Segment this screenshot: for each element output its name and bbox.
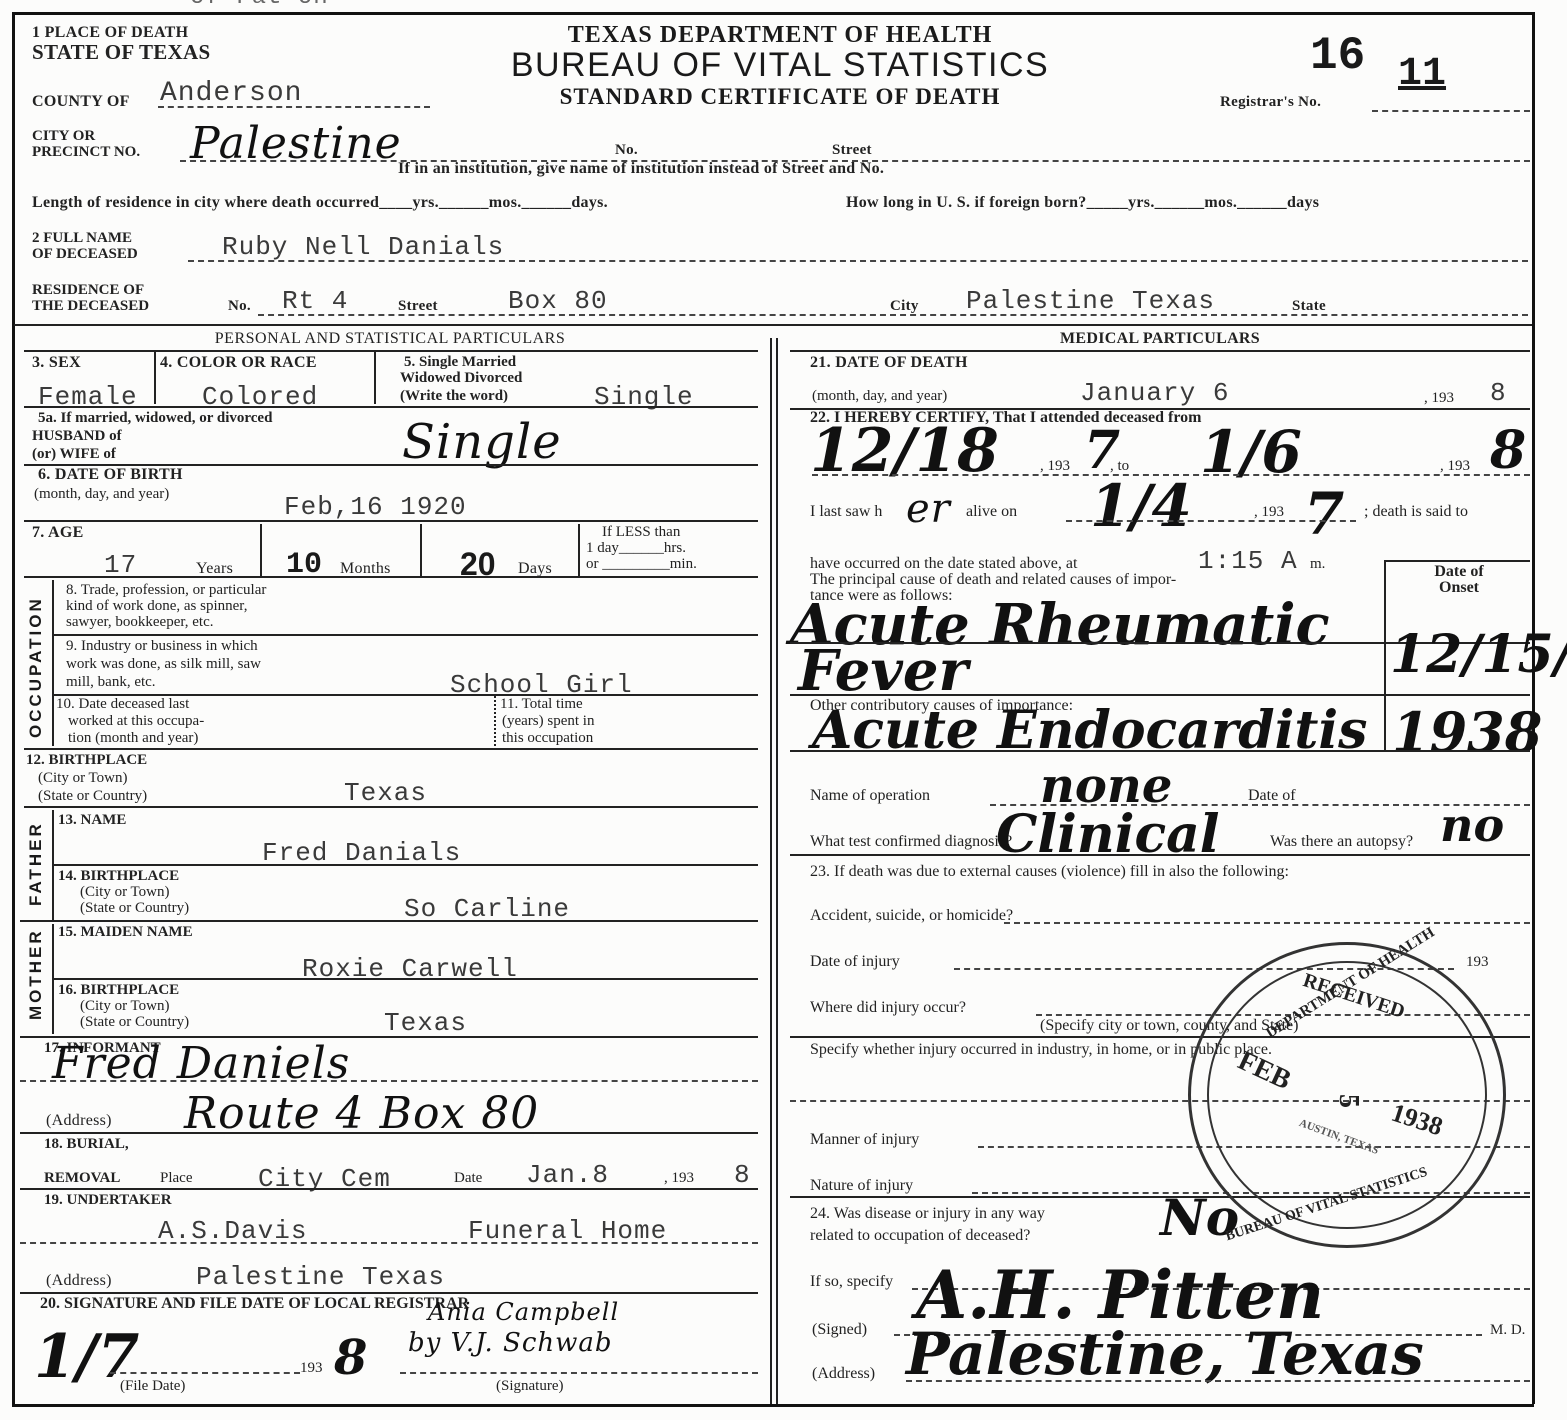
- border-top: [12, 12, 1534, 15]
- autopsy-label: Was there an autopsy?: [1270, 834, 1413, 850]
- nature-label: Nature of injury: [810, 1178, 913, 1194]
- row-line: [20, 920, 758, 922]
- industry-label-3: mill, bank, etc.: [66, 674, 156, 690]
- spouse-label-1: 5a. If married, widowed, or divorced: [38, 410, 272, 426]
- registrar-signature-2: by V.J. Schwab: [408, 1328, 613, 1358]
- dob-label-2: (month, day, and year): [34, 486, 169, 502]
- father-birthplace-label-3: (State or Country): [80, 900, 189, 916]
- registrar-number: 11: [1398, 52, 1446, 97]
- file-number-prefix: 16: [1310, 30, 1365, 82]
- birthplace-value: Texas: [344, 778, 427, 808]
- bureau-title: BUREAU OF VITAL STATISTICS: [430, 46, 1130, 85]
- cause-onset: 12/15/37: [1390, 624, 1567, 685]
- burial-year-prefix: , 193: [664, 1170, 694, 1186]
- county-line: [158, 106, 430, 108]
- row-line: [54, 864, 758, 866]
- md-label: M. D.: [1490, 1322, 1525, 1338]
- street-label: Street: [832, 142, 872, 159]
- father-name-label: 13. NAME: [58, 812, 126, 828]
- row-line: [24, 748, 758, 750]
- if-so-label: If so, specify: [810, 1274, 893, 1290]
- time-suffix: m.: [1310, 556, 1325, 572]
- foreign-born-label: How long in U. S. if foreign born?_____y…: [846, 194, 1319, 212]
- row-line: [790, 854, 1530, 856]
- father-birthplace-label-1: 14. BIRTHPLACE: [58, 868, 179, 884]
- burial-date-value: Jan.8: [526, 1160, 609, 1190]
- stamp-day: 5: [1332, 1094, 1364, 1108]
- file-date-line: [110, 1372, 300, 1374]
- occupation-related-label-1: 24. Was disease or injury in any way: [810, 1206, 1045, 1222]
- undertaker-label: 19. UNDERTAKER: [44, 1192, 172, 1208]
- border-left: [12, 12, 15, 1404]
- signature-label: (Signature): [496, 1378, 563, 1394]
- attended-to-year: 8: [1490, 420, 1526, 481]
- spouse-value: Single: [402, 414, 562, 470]
- residence-street-label: Street: [398, 298, 438, 315]
- dod-year-prefix: , 193: [1424, 390, 1454, 406]
- informant-line: [20, 1080, 758, 1082]
- mother-side-label: MOTHER: [26, 928, 46, 1020]
- residence-label-1: RESIDENCE OF: [32, 282, 144, 298]
- age-label: 7. AGE: [32, 524, 84, 542]
- dod-label-1: 21. DATE OF DEATH: [810, 354, 968, 372]
- medical-section-title: MEDICAL PARTICULARS: [790, 330, 1530, 348]
- death-certificate: of Fat on 1 PLACE OF DEATH STATE OF TEXA…: [0, 0, 1567, 1420]
- attended-from-year-prefix: , 193: [1040, 458, 1070, 474]
- no-label: No.: [615, 142, 638, 159]
- last-saw-year-prefix: , 193: [1254, 504, 1284, 520]
- residence-street-value: Box 80: [508, 286, 608, 316]
- cause-line-rule-3: [790, 750, 1530, 752]
- name-line: [188, 260, 1528, 262]
- signed-label: (Signed): [812, 1322, 867, 1338]
- registrar-no-label: Registrar's No.: [1220, 94, 1321, 111]
- row-line: [20, 1292, 758, 1294]
- medical-title-line: [790, 350, 1530, 352]
- burial-date-label: Date: [454, 1170, 482, 1186]
- marital-label-1: 5. Single Married: [404, 354, 516, 370]
- attended-to-year-prefix: , 193: [1440, 458, 1470, 474]
- dod-label-2: (month, day, and year): [812, 388, 947, 404]
- dob-value: Feb,16 1920: [284, 492, 467, 522]
- row-line: [20, 1188, 758, 1190]
- city-label-2: PRECINCT NO.: [32, 144, 140, 160]
- burial-label-2: REMOVAL: [44, 1170, 120, 1186]
- undertaker-line: [20, 1242, 758, 1244]
- external-label: 23. If death was due to external causes …: [810, 864, 1289, 880]
- father-side-label: FATHER: [26, 821, 46, 906]
- accident-label: Accident, suicide, or homicide?: [810, 908, 1013, 924]
- signer-address-label: (Address): [812, 1366, 875, 1382]
- informant-address-label: (Address): [46, 1112, 112, 1130]
- contributory-onset: 1938: [1392, 700, 1542, 764]
- less-than-label-2: 1 day______hrs.: [586, 540, 686, 556]
- residence-no-value: Rt 4: [282, 286, 348, 316]
- residence-state-label: State: [1292, 298, 1326, 315]
- mother-birthplace-label-3: (State or Country): [80, 1014, 189, 1030]
- less-than-label-3: or _________min.: [586, 556, 697, 572]
- test-label: What test confirmed diagnosis?: [810, 834, 1012, 850]
- birthplace-label-3: (State or Country): [38, 788, 147, 804]
- operation-label: Name of operation: [810, 788, 930, 804]
- injury-date-label: Date of injury: [810, 954, 900, 970]
- full-name-label-1: 2 FULL NAME: [32, 230, 132, 246]
- total-time-label-2: (years) spent in: [502, 713, 594, 729]
- residence-no-label: No.: [228, 298, 251, 315]
- personal-section-title: PERSONAL AND STATISTICAL PARTICULARS: [40, 330, 740, 348]
- undertaker-address-value: Palestine Texas: [196, 1262, 445, 1292]
- onset-label-1: Date of: [1394, 564, 1524, 580]
- mother-name-label: 15. MAIDEN NAME: [58, 924, 193, 940]
- last-saw-pronoun: er: [906, 486, 951, 532]
- race-label: 4. COLOR OR RACE: [160, 354, 317, 372]
- burial-label-1: 18. BURIAL,: [44, 1136, 129, 1152]
- county-label: COUNTY OF: [32, 93, 130, 111]
- deceased-name: Ruby Nell Danials: [222, 232, 504, 262]
- last-saw-year: 7: [1304, 480, 1344, 548]
- time-value: 1:15 A: [1198, 546, 1298, 576]
- signer-address-line: [906, 1380, 1530, 1382]
- dob-label-1: 6. DATE OF BIRTH: [38, 466, 183, 484]
- occupation-related-label-2: related to occupation of deceased?: [810, 1228, 1030, 1244]
- trade-label-2: kind of work done, as spinner,: [66, 598, 247, 614]
- row-line: [24, 576, 758, 578]
- registrar-year-suffix: 8: [334, 1330, 367, 1386]
- signer-address-value: Palestine, Texas: [906, 1320, 1424, 1388]
- residence-city-value: Palestine Texas: [966, 286, 1215, 316]
- injury-date-year: 193: [1466, 954, 1489, 970]
- race-divider: [374, 352, 376, 404]
- injury-where-label: Where did injury occur?: [810, 1000, 966, 1016]
- city-label-1: CITY OR: [32, 128, 95, 144]
- age-divider-3: [578, 524, 580, 576]
- industry-label-1: 9. Industry or business in which: [66, 638, 258, 654]
- sex-label: 3. SEX: [32, 354, 81, 372]
- occupation-time-divider: [494, 696, 496, 746]
- sex-divider: [154, 352, 156, 404]
- last-worked-label-3: tion (month and year): [68, 730, 198, 746]
- industry-label-2: work was done, as silk mill, saw: [66, 656, 261, 672]
- operation-date-label: Date of: [1248, 788, 1296, 804]
- personal-title-line: [24, 350, 758, 352]
- occupation-side-label: OCCUPATION: [26, 596, 46, 738]
- residence-line: [258, 314, 1528, 316]
- alive-on-label: alive on: [966, 504, 1017, 520]
- full-name-label-2: OF DECEASED: [32, 246, 138, 262]
- row-line: [24, 520, 758, 522]
- cause-line-rule-2: [790, 694, 1530, 696]
- border-bottom: [12, 1404, 1534, 1407]
- burial-year-suffix: 8: [734, 1160, 751, 1190]
- onset-top-line: [1384, 560, 1530, 562]
- total-time-label-3: this occupation: [502, 730, 593, 746]
- birthplace-label-2: (City or Town): [38, 770, 128, 786]
- file-date-label: (File Date): [120, 1378, 185, 1394]
- registrar-signature-1: Ania Campbell: [428, 1298, 619, 1326]
- age-divider-1: [260, 524, 262, 576]
- onset-label-2: Onset: [1394, 580, 1524, 596]
- department-title: TEXAS DEPARTMENT OF HEALTH: [480, 22, 1080, 49]
- signature-line: [400, 1372, 758, 1374]
- trade-label-1: 8. Trade, profession, or particular: [66, 582, 266, 598]
- received-stamp: DEPARTMENT OF HEALTH RECEIVED FEB 5 1938…: [1188, 942, 1506, 1248]
- residence-city-label: City: [890, 298, 919, 315]
- section-divider: [14, 324, 1532, 326]
- undertaker-address-label: (Address): [46, 1272, 112, 1290]
- column-divider-1: [770, 338, 772, 1404]
- death-said-label: ; death is said to: [1364, 504, 1468, 520]
- autopsy-value: no: [1440, 798, 1504, 852]
- last-worked-label-1: 10. Date deceased last: [56, 696, 189, 712]
- burial-place-label: Place: [160, 1170, 192, 1186]
- dod-value: January 6: [1080, 378, 1229, 408]
- total-time-label-1: 11. Total time: [500, 696, 583, 712]
- row-line: [24, 806, 758, 808]
- registrar-signature-label: 20. SIGNATURE AND FILE DATE OF LOCAL REG…: [40, 1296, 469, 1312]
- occupation-divider: [52, 580, 54, 746]
- row-line: [24, 406, 758, 408]
- mother-birthplace-label-1: 16. BIRTHPLACE: [58, 982, 179, 998]
- state-label: STATE OF TEXAS: [32, 40, 210, 65]
- county-value: Anderson: [160, 78, 302, 109]
- occurred-label: have occurred on the date stated above, …: [810, 556, 1077, 572]
- last-worked-label-2: worked at this occupa-: [68, 713, 204, 729]
- spouse-label-2: HUSBAND of: [32, 428, 122, 444]
- birthplace-label-1: 12. BIRTHPLACE: [26, 752, 147, 768]
- marital-label-3: (Write the word): [400, 388, 508, 404]
- dod-year-suffix: 8: [1490, 378, 1507, 408]
- accident-line: [1004, 922, 1530, 924]
- certificate-title: STANDARD CERTIFICATE OF DEATH: [470, 84, 1090, 110]
- row-line: [54, 978, 758, 980]
- manner-label: Manner of injury: [810, 1132, 919, 1148]
- cause-label-1: The principal cause of death and related…: [810, 572, 1176, 588]
- age-divider-2: [420, 524, 422, 576]
- mother-birthplace-label-2: (City or Town): [80, 998, 170, 1014]
- stray-text: of Fat on: [190, 0, 329, 11]
- less-than-label-1: If LESS than: [602, 524, 680, 540]
- row-line: [20, 1132, 758, 1134]
- registrar-line: [1372, 110, 1530, 112]
- trade-label-3: sawyer, bookkeeper, etc.: [66, 614, 213, 630]
- column-divider-2: [776, 338, 778, 1404]
- mother-birthplace-value: Texas: [384, 1008, 467, 1038]
- row-line: [54, 634, 758, 636]
- institution-note: If in an institution, give name of insti…: [398, 160, 884, 178]
- residence-label-2: THE DECEASED: [32, 298, 149, 314]
- marital-label-2: Widowed Divorced: [400, 370, 522, 386]
- last-saw-line: [1066, 520, 1356, 522]
- registrar-year-prefix: 193: [300, 1360, 323, 1376]
- residence-length-label: Length of residence in city where death …: [32, 194, 608, 212]
- onset-divider: [1384, 560, 1386, 750]
- last-saw-date: 1/4: [1090, 472, 1192, 540]
- spouse-label-3: (or) WIFE of: [32, 446, 116, 462]
- last-saw-label: I last saw h: [810, 504, 882, 520]
- father-birthplace-label-2: (City or Town): [80, 884, 170, 900]
